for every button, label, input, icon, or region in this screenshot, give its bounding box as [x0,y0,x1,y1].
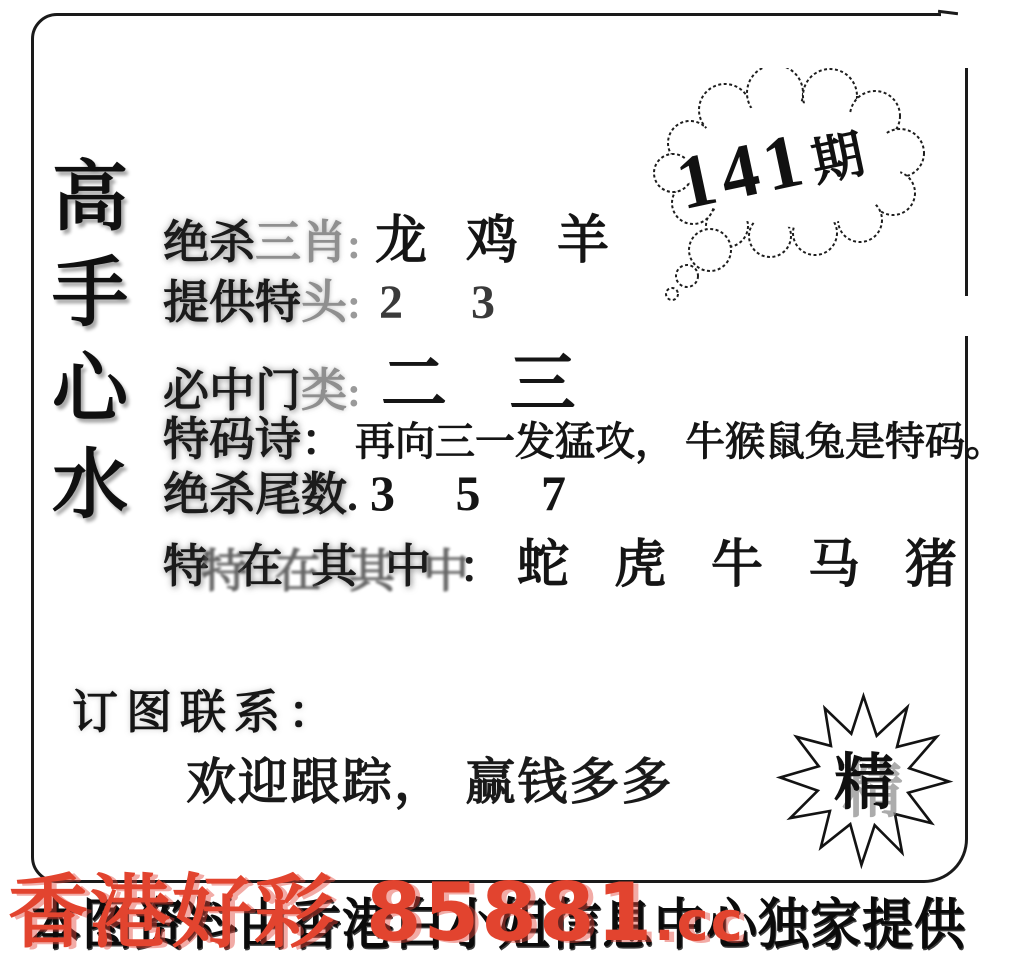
ghosted-label-wrap: 特在其中特在其中 [163,530,459,596]
seal-starburst: 精 精 [772,688,957,873]
line-label-faded: 三肖 [255,217,347,268]
seal-char: 精 [834,749,895,817]
site-watermark: 香港好彩 85881.cc [8,848,745,946]
line-separator: . [347,471,358,520]
line-value: 龙 鸡 羊 [375,213,609,270]
title-char: 高 [46,150,134,246]
order-contact-label: 订图联系： [72,676,342,742]
line-label: 绝杀 [163,217,255,268]
line-label: 绝杀尾数 [163,469,347,520]
line-kill-tail-numbers: 绝杀尾数.3 5 7 [163,458,590,524]
line-separator: : [347,282,361,328]
watermark-main: 香港好彩 85881 [8,866,654,946]
watermark-suffix: .cc [654,890,745,946]
line-label-faded: 头 [301,277,347,328]
line-label-ghost: 特在其中 [201,535,497,601]
title-char: 心 [46,342,134,438]
line-label: 提供特 [163,277,301,328]
line-special-within: 特在其中特在其中：蛇 虎 牛 马 猪 [163,522,957,597]
vertical-title: 高 手 心 水 [46,150,134,534]
border-gap-right [953,296,971,336]
slogan-text: 欢迎跟踪， 赢钱多多 [186,742,673,814]
line-value: 3 5 7 [370,465,590,521]
issue-cloud-badge: 141期 [645,68,935,308]
title-char: 手 [46,246,134,342]
line-kill-three-zodiac: 绝杀三肖:龙 鸡 羊 [163,198,609,273]
line-separator: : [347,222,361,268]
line-special-head: 提供特头:2 3 [163,266,523,332]
title-char: 水 [46,438,134,534]
scanned-tip-sheet: 高 手 心 水 绝杀三肖:龙 鸡 羊 提供特头:2 3 必中门类:二 三 特码诗… [0,0,1024,946]
line-value: 2 3 [379,276,523,329]
line-value: 蛇 虎 牛 马 猪 [517,537,957,594]
